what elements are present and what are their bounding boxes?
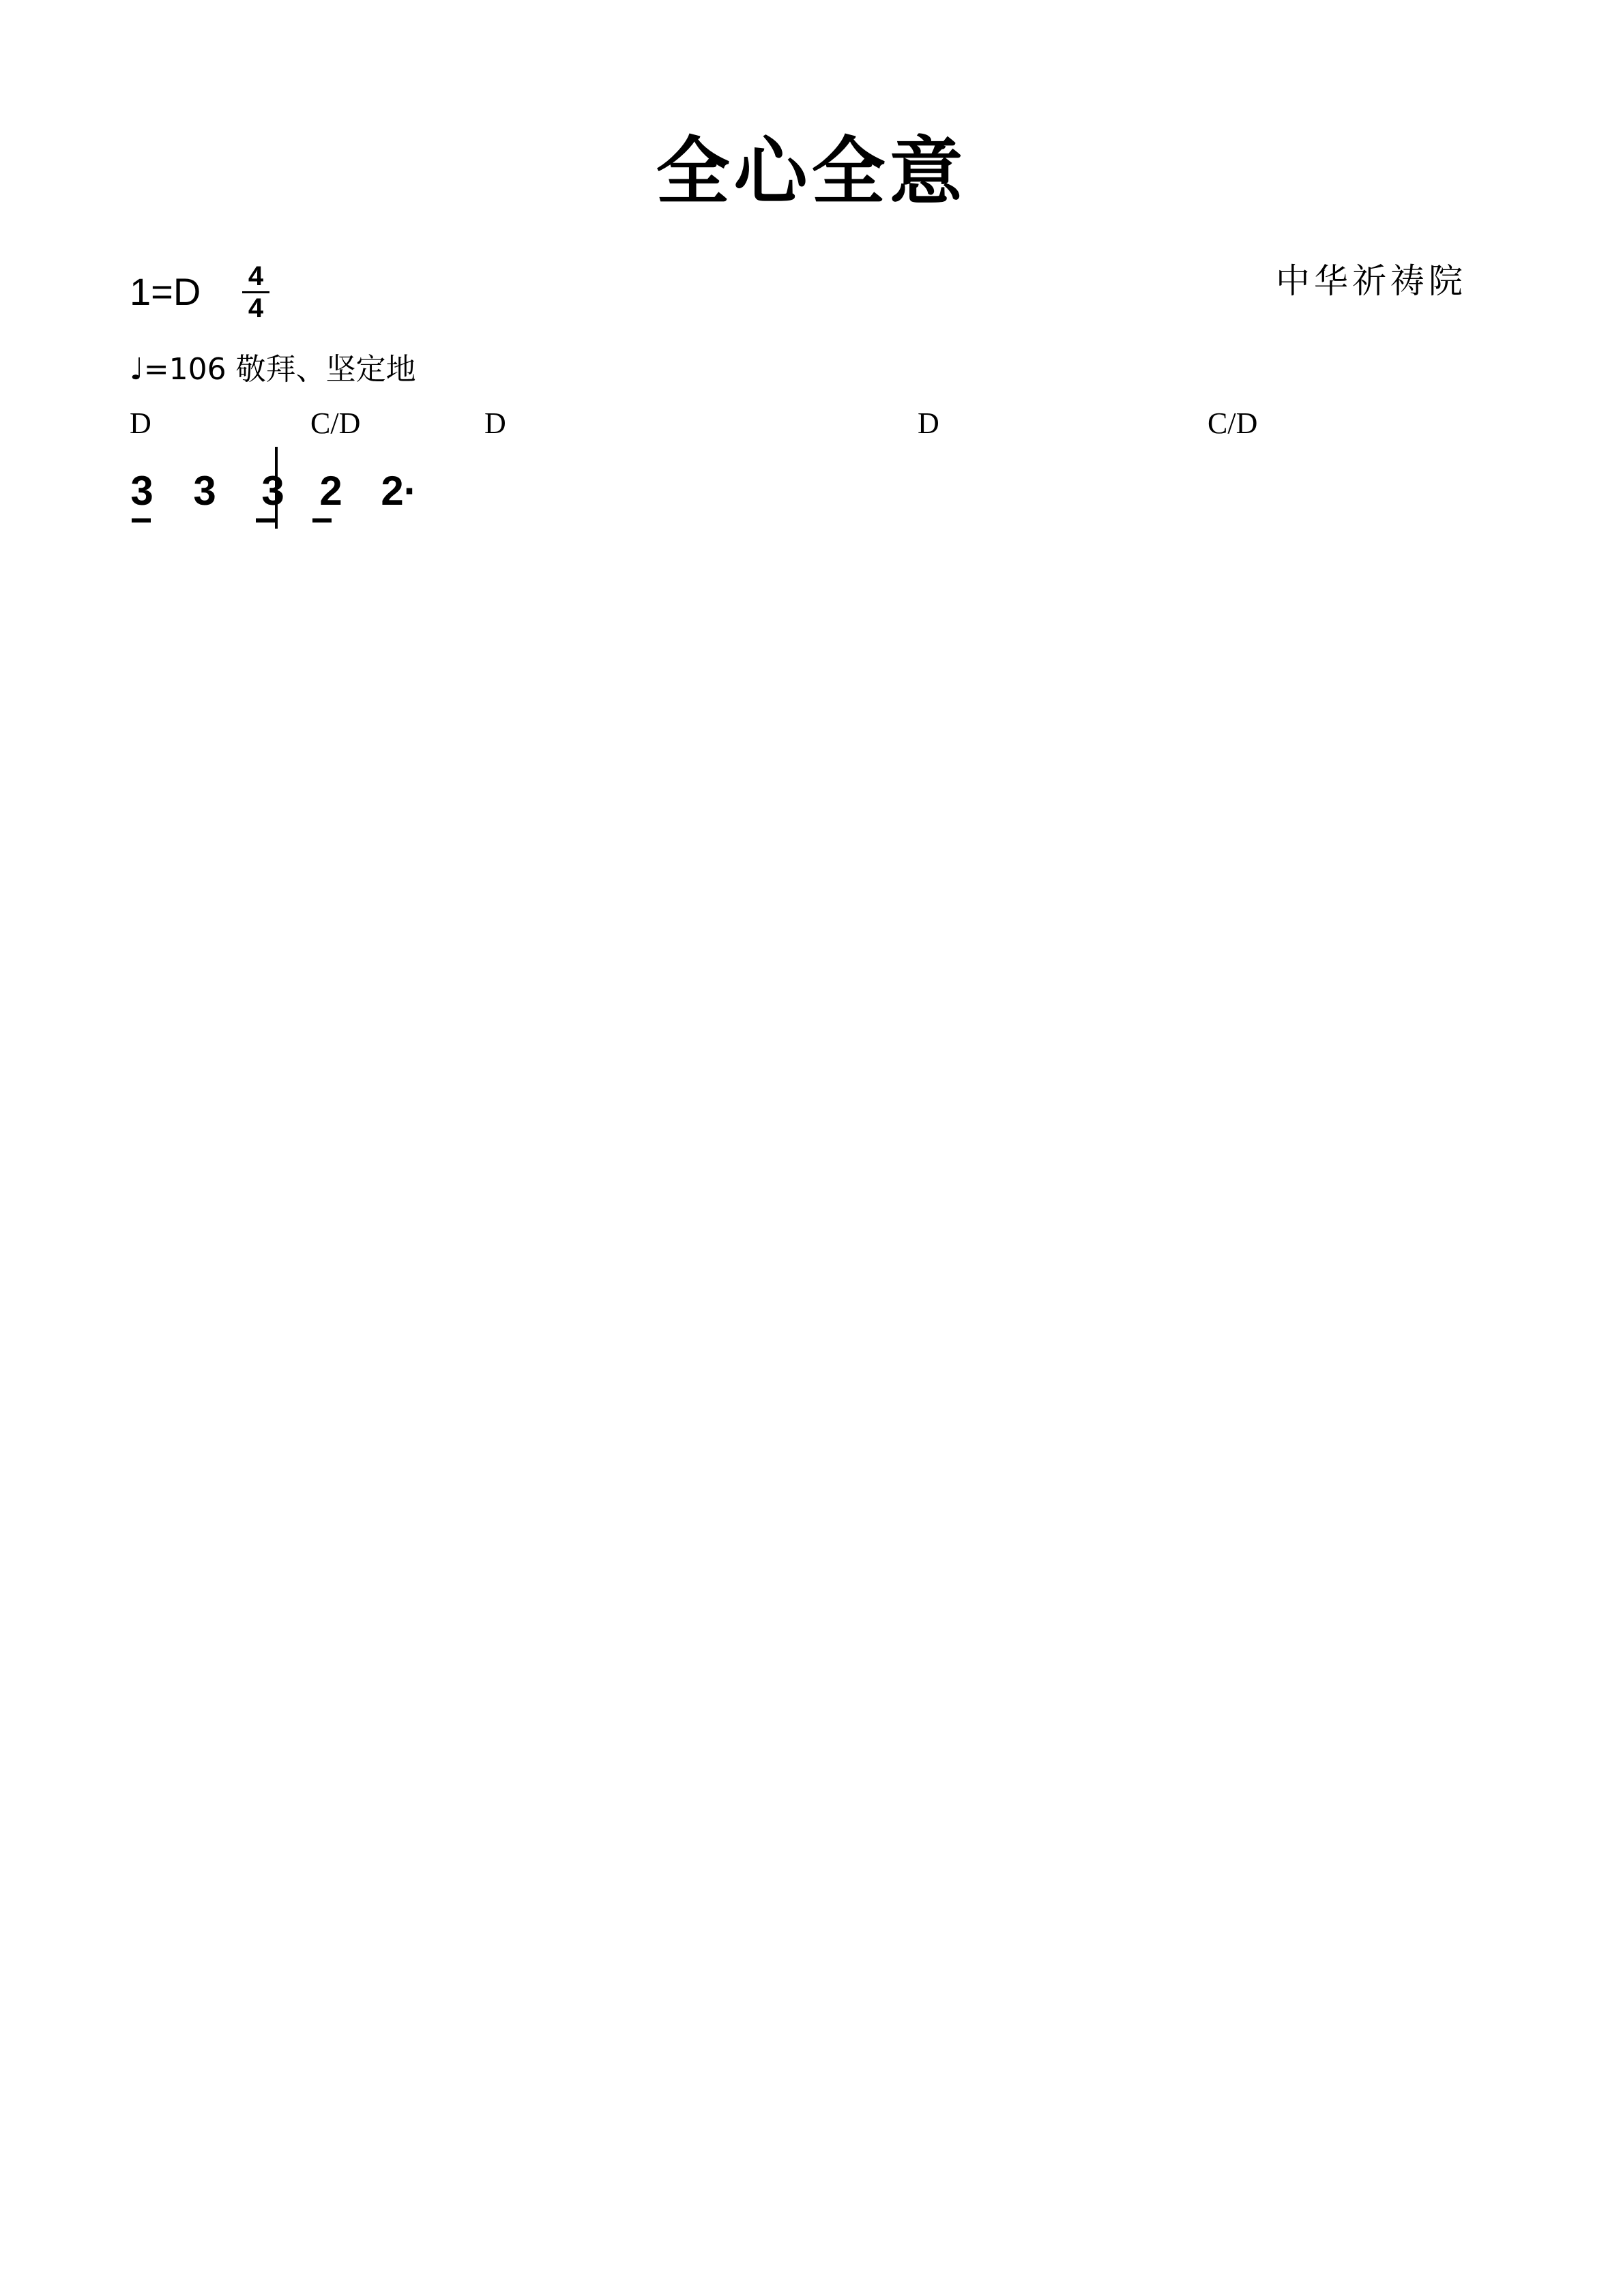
chord-symbol: C/D — [1208, 406, 1257, 441]
note: 3 — [191, 467, 218, 515]
chord-symbol: D — [130, 406, 151, 441]
system-row-1: D C/D D D C/D 3 3 3 2 2· — [0, 406, 1623, 610]
chord-symbol: C/D — [310, 406, 360, 441]
note: 3 — [128, 467, 156, 515]
time-signature-top: 4 — [248, 261, 263, 291]
eighth-beam — [256, 518, 275, 523]
tempo-marking: ♩=106 敬拜、坚定地 — [130, 344, 416, 388]
song-title: 全心全意 — [0, 113, 1623, 218]
note: 2 — [317, 467, 345, 515]
eighth-beam — [132, 518, 151, 523]
author-credit: 中华祈祷院 — [1276, 254, 1467, 303]
chord-symbol: D — [484, 406, 506, 441]
barline-hidden — [275, 447, 278, 529]
time-signature-bottom: 4 — [248, 293, 263, 323]
eighth-beam — [312, 518, 332, 523]
note: 3 — [259, 467, 287, 515]
time-signature: 4 4 — [242, 263, 269, 322]
chord-symbol: D — [918, 406, 939, 441]
sheet-music-page: 全心全意 中华祈祷院 1=D 4 4 ♩=106 敬拜、坚定地 D C/D D … — [0, 0, 1623, 2296]
key-signature: 1=D — [130, 269, 201, 314]
note: 2· — [379, 467, 420, 515]
